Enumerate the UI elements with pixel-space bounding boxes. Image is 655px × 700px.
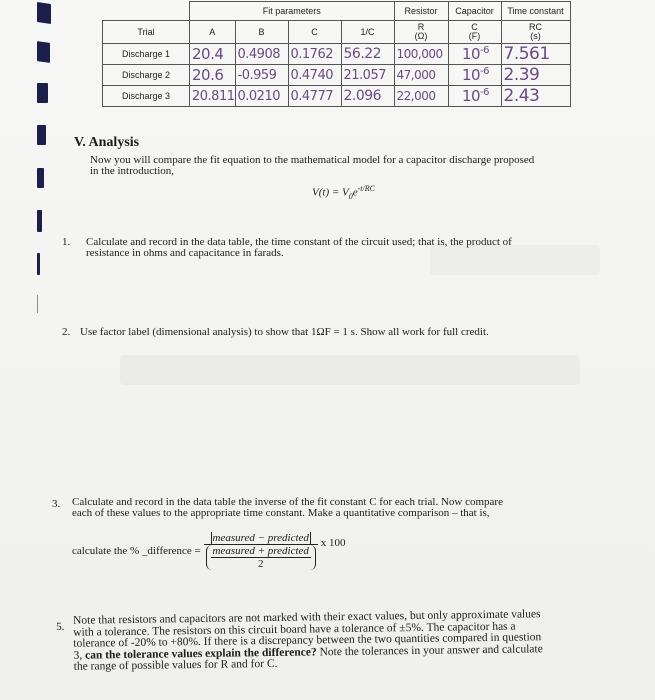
inv-c-value: 21.057	[342, 68, 394, 83]
cap-exp: -6	[480, 66, 489, 77]
cap-base: 10	[462, 66, 480, 84]
inv-c-value: 56.22	[342, 46, 394, 62]
col-rc: RC (s)	[501, 21, 570, 44]
binder-mark	[37, 295, 38, 313]
r-value: 47,000	[395, 68, 448, 82]
percent-difference-fraction: measured − predicted measured + predicte…	[204, 532, 318, 570]
rc-cell[interactable]: 2.39	[501, 65, 570, 86]
binder-mark	[37, 253, 40, 275]
q3-numerator: measured − predicted	[211, 532, 311, 544]
b-cell[interactable]: -0.959	[235, 65, 288, 86]
trial-cell: Discharge 1	[103, 44, 190, 65]
col-c: C	[288, 21, 341, 44]
a-value: 20.4	[190, 45, 235, 63]
discharge-model-equation: V(t) = V0e-t/RC	[312, 184, 375, 201]
rc-cell[interactable]: 7.561	[501, 44, 570, 65]
header-fit-parameters: Fit parameters	[190, 2, 395, 21]
cap-cell[interactable]: 10-6	[448, 65, 501, 86]
blank-corner	[103, 2, 190, 21]
show-through-smudge	[120, 355, 580, 385]
intro-line-2: in the introduction,	[90, 166, 610, 177]
q5-number: 5.	[56, 622, 64, 633]
col-trial: Trial	[103, 21, 190, 44]
model-exponent: -t/RC	[358, 184, 375, 193]
cap-exp: -6	[480, 87, 489, 98]
q3-denominator-top: measured + predicted	[211, 545, 311, 558]
cap-cell[interactable]: 10-6	[448, 86, 501, 107]
cap-base: 10	[462, 45, 480, 63]
header-capacitor: Capacitor	[448, 2, 501, 21]
section-title: V. Analysis	[74, 135, 139, 151]
r-value: 100,000	[395, 47, 448, 61]
question-1: Calculate and record in the data table, …	[86, 237, 606, 259]
r-cell[interactable]: 22,000	[394, 86, 448, 107]
col-inv-c: 1/C	[341, 21, 394, 44]
inv-c-cell[interactable]: 21.057	[341, 65, 394, 86]
inv-c-value: 2.096	[342, 88, 394, 104]
q5-line-4-rest: Note the tolerances in your answer and c…	[319, 643, 542, 658]
table-row: Discharge 2 20.6 -0.959 0.4740 21.057 47…	[103, 65, 571, 86]
q5-line-4-lead: 3,	[73, 649, 82, 661]
cap-cell[interactable]: 10-6	[448, 44, 501, 65]
c-value: 0.1762	[289, 47, 341, 62]
worksheet-page: Fit parameters Resistor Capacitor Time c…	[0, 0, 655, 700]
rc-cell[interactable]: 2.43	[501, 86, 570, 107]
q1-number: 1.	[62, 237, 82, 248]
table-group-header-row: Fit parameters Resistor Capacitor Time c…	[103, 2, 571, 21]
b-cell[interactable]: 0.4908	[235, 44, 288, 65]
rc-value: 7.561	[502, 44, 570, 64]
table-row: Discharge 1 20.4 0.4908 0.1762 56.22 100…	[103, 44, 571, 65]
q3-denominator-bottom: 2	[211, 558, 311, 570]
r-value: 22,000	[395, 89, 448, 103]
q3-number: 3.	[52, 499, 72, 510]
table-column-header-row: Trial A B C 1/C R (Ω) C (F) RC (s)	[103, 21, 571, 44]
rc-value: 2.39	[502, 65, 570, 85]
a-cell[interactable]: 20.6	[190, 65, 236, 86]
a-value: 20.6	[190, 66, 235, 84]
header-resistor: Resistor	[394, 2, 448, 21]
q1-line-2: resistance in ohms and capacitance in fa…	[86, 248, 606, 259]
inv-c-cell[interactable]: 56.22	[341, 44, 394, 65]
inv-c-cell[interactable]: 2.096	[341, 86, 394, 107]
col-a: A	[190, 21, 236, 44]
trial-cell: Discharge 3	[103, 86, 190, 107]
r-cell[interactable]: 100,000	[394, 44, 448, 65]
q3-line-2: each of these values to the appropriate …	[72, 508, 617, 519]
binder-mark	[37, 2, 51, 24]
question-3: Calculate and record in the data table t…	[72, 497, 617, 519]
b-value: -0.959	[236, 68, 288, 83]
percent-difference-formula: calculate the % _difference = measured −…	[72, 532, 472, 570]
trial-cell: Discharge 2	[103, 65, 190, 86]
col-b: B	[235, 21, 288, 44]
binder-mark	[37, 168, 44, 188]
b-cell[interactable]: 0.0210	[235, 86, 288, 107]
col-resistance: R (Ω)	[394, 21, 448, 44]
q2-number: 2.	[62, 327, 82, 338]
binder-mark	[37, 41, 50, 63]
data-table: Fit parameters Resistor Capacitor Time c…	[102, 1, 571, 107]
b-value: 0.0210	[236, 89, 288, 104]
binder-mark	[37, 125, 46, 145]
c-value: 0.4740	[289, 68, 341, 83]
col-resistance-unit: (Ω)	[415, 31, 428, 41]
table-row: Discharge 3 20.811 0.0210 0.4777 2.096 2…	[103, 86, 571, 107]
q3-denominator: measured + predicted 2	[206, 545, 316, 570]
c-cell[interactable]: 0.4740	[288, 65, 341, 86]
col-capacitance: C (F)	[448, 21, 501, 44]
cap-exp: -6	[480, 45, 489, 56]
cap-base: 10	[462, 87, 480, 105]
c-value: 0.4777	[289, 89, 341, 104]
rc-value: 2.43	[502, 86, 570, 106]
a-value: 20.811	[190, 89, 235, 104]
q5-text: Note that resistors and capacitors are n…	[73, 608, 619, 673]
q3-times-100: x 100	[321, 537, 346, 549]
b-value: 0.4908	[236, 47, 288, 62]
question-2: Use factor label (dimensional analysis) …	[80, 327, 610, 338]
col-capacitance-unit: (F)	[469, 31, 481, 41]
intro-paragraph: Now you will compare the fit equation to…	[90, 155, 610, 177]
c-cell[interactable]: 0.4777	[288, 86, 341, 107]
question-5: 5. Note that resistors and capacitors ar…	[56, 608, 616, 616]
binder-mark	[37, 83, 48, 103]
col-rc-unit: (s)	[530, 31, 541, 41]
binder-mark	[37, 210, 42, 232]
a-cell[interactable]: 20.4	[190, 44, 236, 65]
q3-inner-fraction: measured + predicted 2	[211, 545, 311, 570]
header-time-constant: Time constant	[501, 2, 570, 21]
model-lhs: V(t) = V	[312, 187, 349, 199]
a-cell[interactable]: 20.811	[190, 86, 236, 107]
q3-lead: calculate the % _difference =	[72, 545, 201, 557]
r-cell[interactable]: 47,000	[394, 65, 448, 86]
c-cell[interactable]: 0.1762	[288, 44, 341, 65]
